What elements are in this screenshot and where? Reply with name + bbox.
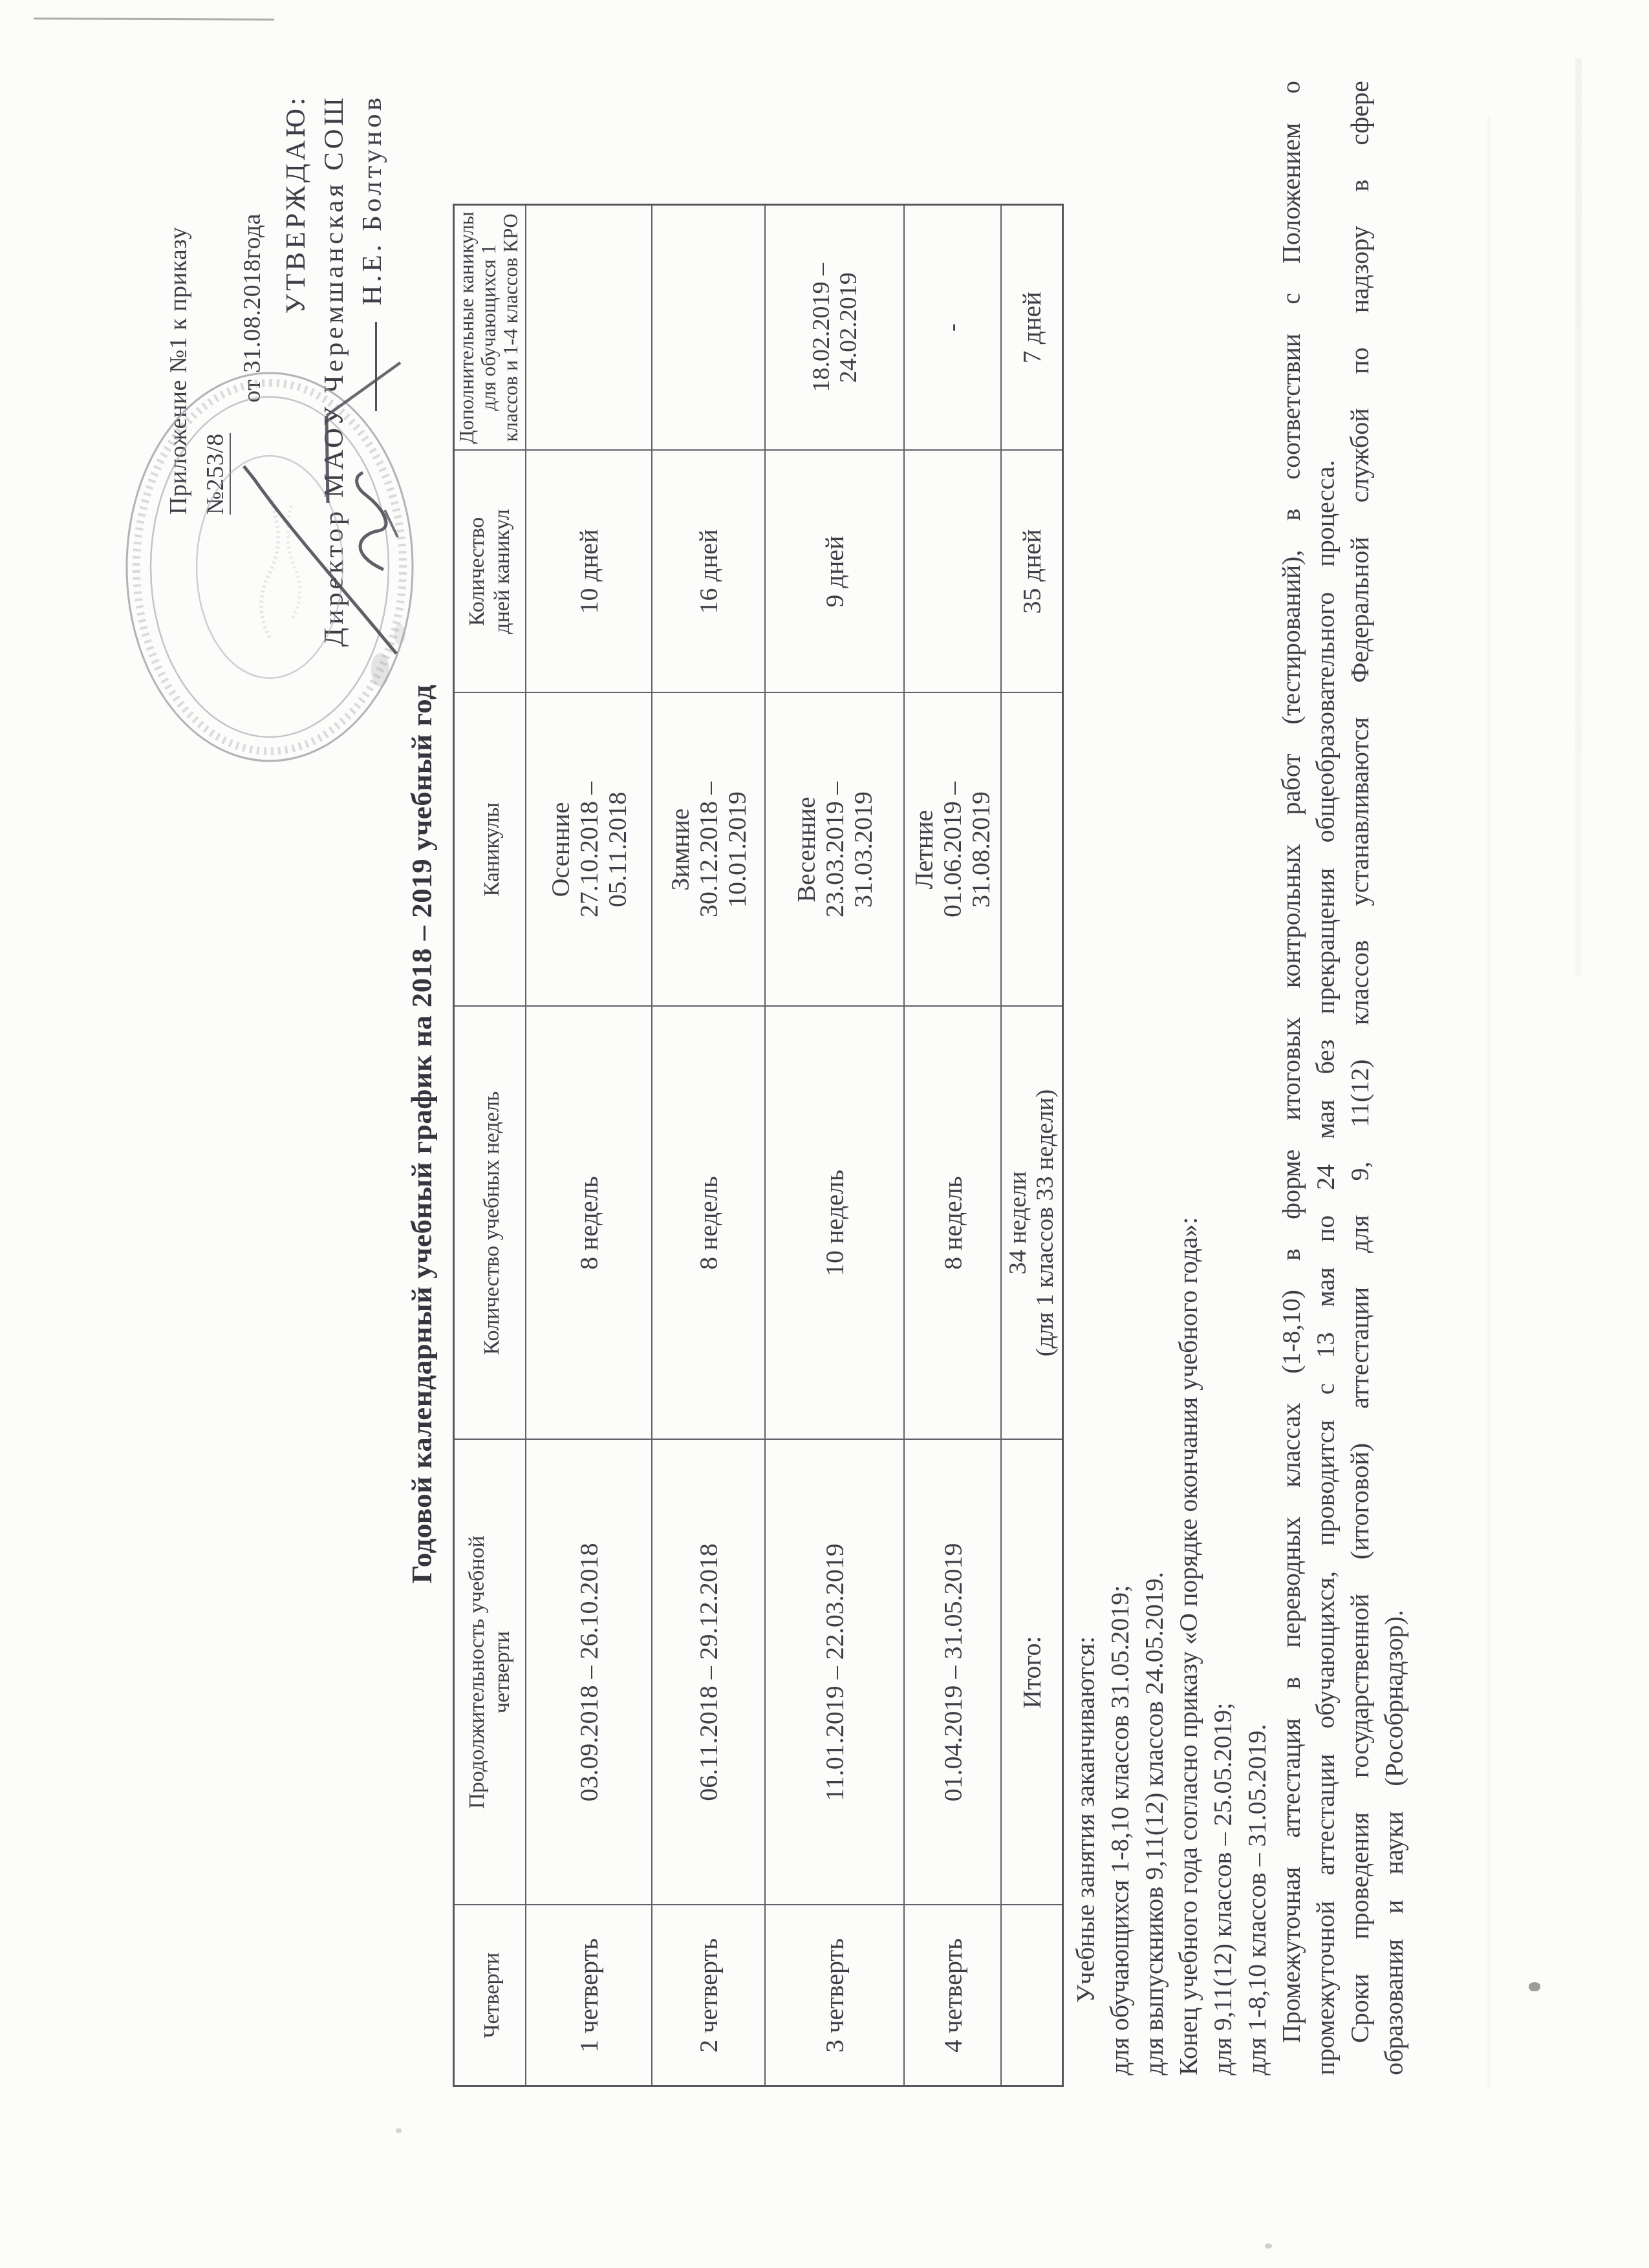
cell-weeks: 8 недель (904, 1007, 1001, 1440)
cell-total-weeks: 34 недели (для 1 классов 33 недели) (1001, 1007, 1062, 1440)
schedule-table: Четверти Продолжительность учебной четве… (453, 204, 1064, 2087)
table-row-quarter-2: 2 четверть 06.11.2018 – 29.12.2018 8 нед… (652, 205, 765, 2086)
cell-weeks: 8 недель (652, 1007, 765, 1440)
note-line: Учебные занятия заканчиваются: (1068, 81, 1103, 2075)
cell-vacation: Летние 01.06.2019 – 31.08.2019 (904, 693, 1001, 1007)
cell-quarter-empty (1001, 1905, 1062, 2086)
col-header-duration: Продолжительность учебной четверти (454, 1440, 526, 1905)
note-paragraph: Промежуточная аттестация в переводных кл… (1274, 81, 1342, 2075)
note-line: для 1-8,10 классов – 31.05.2019. (1240, 81, 1274, 2075)
table-row-total: Итого: 34 недели (для 1 классов 33 недел… (1001, 205, 1062, 2086)
cell-period: 06.11.2018 – 29.12.2018 (652, 1440, 765, 1905)
cell-quarter: 4 четверть (904, 1905, 1001, 2086)
note-line: Конец учебного года согласно приказу «О … (1171, 81, 1205, 2075)
cell-vacation: Весенние 23.03.2019 – 31.03.2019 (765, 693, 904, 1007)
col-header-quarters: Четверти (454, 1905, 526, 2086)
cell-quarter: 1 четверть (526, 1905, 652, 2086)
cell-total-label: Итого: (1001, 1440, 1062, 1905)
col-header-vacations: Каникулы (454, 693, 526, 1007)
director-signature (230, 335, 427, 674)
cell-days: 16 дней (652, 451, 765, 693)
col-header-vacation-days: Количество дней каникул (454, 451, 526, 693)
notes-section: Учебные занятия заканчиваются: для обуча… (1068, 81, 1411, 2075)
cell-quarter: 2 четверть (652, 1905, 765, 2086)
table-row-quarter-3: 3 четверть 11.01.2019 – 22.03.2019 10 не… (765, 205, 904, 2086)
cell-extra: 18.02.2019 – 24.02.2019 (765, 205, 904, 451)
cell-weeks: 8 недель (526, 1007, 652, 1440)
cell-days (904, 451, 1001, 693)
col-header-weeks: Количество учебных недель (454, 1007, 526, 1440)
note-line: для 9,11(12) классов – 25.05.2019; (1205, 81, 1240, 2075)
table-row-quarter-4: 4 четверть 01.04.2019 – 31.05.2019 8 нед… (904, 205, 1001, 2086)
document-sheet: Приложение №1 к приказу №253/8 от 31.08.… (0, 0, 1649, 2268)
table-row-quarter-1: 1 четверть 03.09.2018 – 26.10.2018 8 нед… (526, 205, 652, 2086)
note-paragraph: Сроки проведения государственной (итогов… (1342, 81, 1411, 2075)
cell-days: 10 дней (526, 451, 652, 693)
cell-quarter: 3 четверть (765, 1905, 904, 2086)
note-line: для выпускников 9,11(12) классов 24.05.2… (1137, 81, 1171, 2075)
cell-vacation: Зимние 30.12.2018 – 10.01.2019 (652, 693, 765, 1007)
cell-total-days: 35 дней (1001, 451, 1062, 693)
cell-extra: - (904, 205, 1001, 451)
cell-days: 9 дней (765, 451, 904, 693)
cell-period: 01.04.2019 – 31.05.2019 (904, 1440, 1001, 1905)
cell-extra (526, 205, 652, 451)
cell-total-extra: 7 дней (1001, 205, 1062, 451)
note-line: для обучающихся 1-8,10 классов 31.05.201… (1103, 81, 1137, 2075)
cell-vacation: Осенние 27.10.2018 – 05.11.2018 (526, 693, 652, 1007)
cell-extra (652, 205, 765, 451)
cell-weeks: 10 недель (765, 1007, 904, 1440)
col-header-extra-vacations: Дополнительные каникулы для обучающихся … (454, 205, 526, 451)
cell-period: 03.09.2018 – 26.10.2018 (526, 1440, 652, 1905)
cell-total-vacation-empty (1001, 693, 1062, 1007)
cell-period: 11.01.2019 – 22.03.2019 (765, 1440, 904, 1905)
scanned-page: Приложение №1 к приказу №253/8 от 31.08.… (0, 0, 1649, 2268)
table-header-row: Четверти Продолжительность учебной четве… (454, 205, 526, 2086)
director-name: Н.Е. Болтунов (357, 94, 387, 305)
